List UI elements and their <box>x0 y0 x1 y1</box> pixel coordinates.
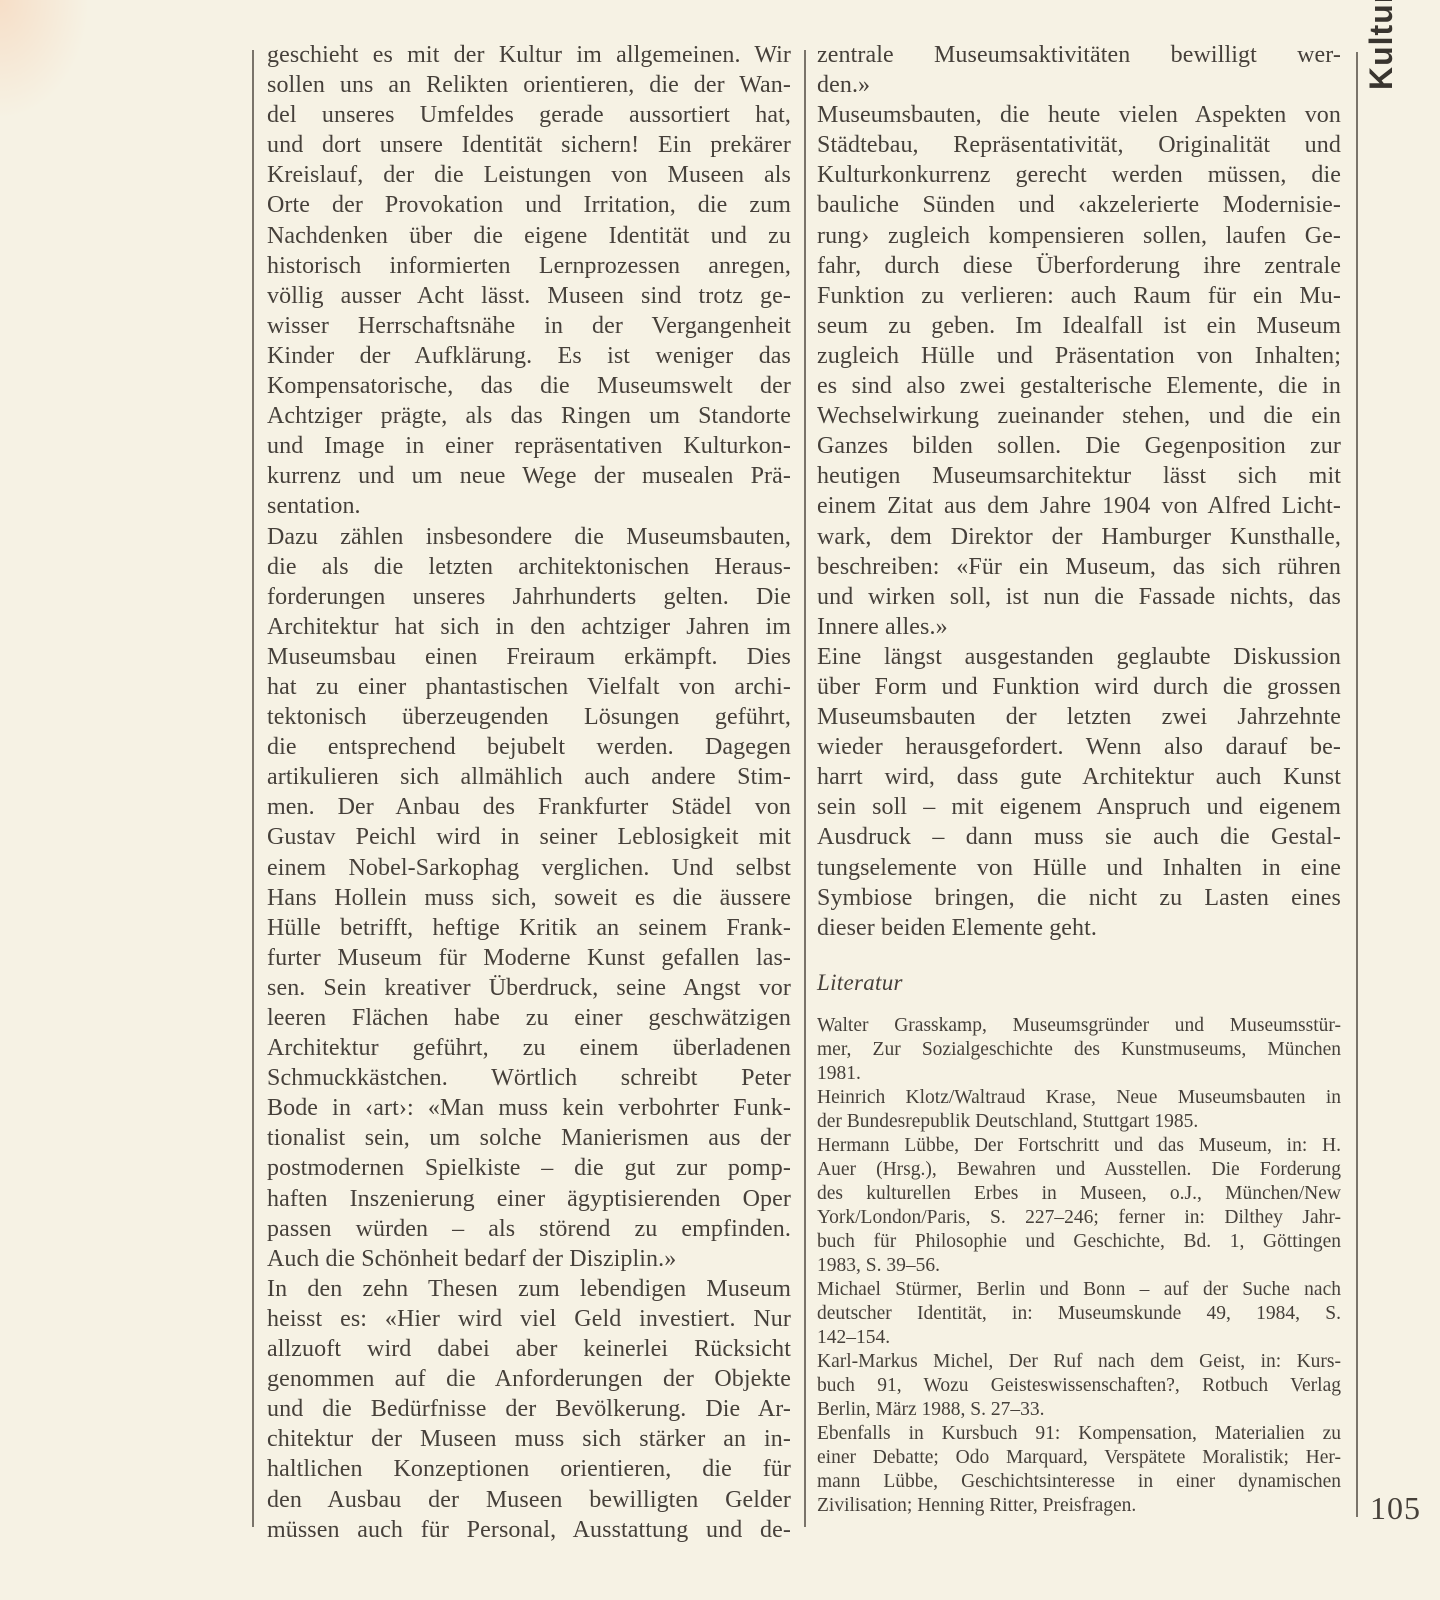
text-line: Orte der Provokation und Irritation, die… <box>267 190 791 220</box>
text-line: haltlichen Konzeptionen orientieren, die… <box>267 1454 791 1484</box>
text-line: beschreiben: «Für ein Museum, das sich r… <box>817 552 1341 582</box>
page-corner-shading <box>0 0 90 120</box>
text-line: Kreislauf, der die Leistungen von Museen… <box>267 160 791 190</box>
text-line: und dort unsere Identität sichern! Ein p… <box>267 130 791 160</box>
text-line: chitektur der Museen muss sich stärker a… <box>267 1424 791 1454</box>
text-line: Auch die Schönheit bedarf der Disziplin.… <box>267 1244 791 1274</box>
text-line: Symbiose bringen, die nicht zu Lasten ei… <box>817 883 1341 913</box>
text-line: 142–154. <box>817 1326 1341 1350</box>
text-line: Heinrich Klotz/Waltraud Krase, Neue Muse… <box>817 1086 1341 1110</box>
bibliography-list: Walter Grasskamp, Museumsgründer und Mus… <box>817 1014 1341 1518</box>
text-line: Auer (Hrsg.), Bewahren und Ausstellen. D… <box>817 1158 1341 1182</box>
text-line: Ebenfalls in Kursbuch 91: Kompensation, … <box>817 1422 1341 1446</box>
text-line: es sind also zwei gestalterische Element… <box>817 371 1341 401</box>
text-line: Wechselwirkung zueinander stehen, und di… <box>817 401 1341 431</box>
paragraph: geschieht es mit der Kultur im allgemein… <box>267 40 791 522</box>
text-line: zentrale Museumsaktivitäten bewilligt we… <box>817 40 1341 70</box>
paragraph: Karl-Markus Michel, Der Ruf nach dem Gei… <box>817 1350 1341 1422</box>
text-line: den Ausbau der Museen bewilligten Gelder <box>267 1485 791 1515</box>
text-line: genommen auf die Anforderungen der Objek… <box>267 1364 791 1394</box>
paragraph: Eine längst ausgestanden geglaubte Disku… <box>817 642 1341 943</box>
text-line: sentation. <box>267 491 791 521</box>
text-line: Schmuckkästchen. Wörtlich schreibt Peter <box>267 1063 791 1093</box>
text-line: buch 91, Wozu Geisteswissenschaften?, Ro… <box>817 1374 1341 1398</box>
text-line: tektonisch überzeugenden Lösungen geführ… <box>267 702 791 732</box>
text-line: mer, Zur Sozialgeschichte des Kunstmuseu… <box>817 1038 1341 1062</box>
text-line: Zivilisation; Henning Ritter, Preisfrage… <box>817 1494 1341 1518</box>
text-line: geschieht es mit der Kultur im allgemein… <box>267 40 791 70</box>
text-line: Michael Stürmer, Berlin und Bonn – auf d… <box>817 1278 1341 1302</box>
column-divider-rule <box>804 50 806 1527</box>
page-number: 105 <box>1370 1490 1421 1527</box>
text-line: und Image in einer repräsentativen Kultu… <box>267 431 791 461</box>
text-line: Ganzes bilden sollen. Die Gegenposition … <box>817 431 1341 461</box>
text-line: In den zehn Thesen zum lebendigen Museum <box>267 1274 791 1304</box>
text-line: sein soll – mit eigenem Anspruch und eig… <box>817 792 1341 822</box>
text-line: einem Nobel-Sarkophag verglichen. Und se… <box>267 853 791 883</box>
paragraph: Michael Stürmer, Berlin und Bonn – auf d… <box>817 1278 1341 1350</box>
text-line: dieser beiden Elemente geht. <box>817 913 1341 943</box>
text-line: passen würden – als störend zu empfinden… <box>267 1214 791 1244</box>
text-line: wieder herausgefordert. Wenn also darauf… <box>817 732 1341 762</box>
text-line: allzuoft wird dabei aber keinerlei Rücks… <box>267 1334 791 1364</box>
text-line: rung› zugleich kompensieren sollen, lauf… <box>817 221 1341 251</box>
rubric-label: Kultur <box>1362 48 1400 90</box>
text-line: Museumsbau einen Freiraum erkämpft. Dies <box>267 642 791 672</box>
text-line: Architektur hat sich in den achtziger Ja… <box>267 612 791 642</box>
text-line: del unseres Umfeldes gerade aussortiert … <box>267 100 791 130</box>
paragraph: Ebenfalls in Kursbuch 91: Kompensation, … <box>817 1422 1341 1518</box>
text-line: York/London/Paris, S. 227–246; ferner in… <box>817 1206 1341 1230</box>
paragraph: Heinrich Klotz/Waltraud Krase, Neue Muse… <box>817 1086 1341 1134</box>
left-column-rule <box>252 50 254 1527</box>
text-line: deutscher Identität, in: Museumskunde 49… <box>817 1302 1341 1326</box>
text-line: Kompensatorische, das die Museumswelt de… <box>267 371 791 401</box>
text-line: den.» <box>817 70 1341 100</box>
text-line: die als die letzten architektonischen He… <box>267 552 791 582</box>
text-line: Kulturkonkurrenz gerecht werden müssen, … <box>817 160 1341 190</box>
text-line: mann Lübbe, Geschichtsinteresse in einer… <box>817 1470 1341 1494</box>
text-line: einer Debatte; Odo Marquard, Verspätete … <box>817 1446 1341 1470</box>
text-line: furter Museum für Moderne Kunst gefallen… <box>267 943 791 973</box>
text-line: artikulieren sich allmählich auch andere… <box>267 762 791 792</box>
text-line: Berlin, März 1988, S. 27–33. <box>817 1398 1341 1422</box>
text-line: Museumsbauten der letzten zwei Jahrzehnt… <box>817 702 1341 732</box>
text-line: Architektur geführt, zu einem überladene… <box>267 1033 791 1063</box>
text-line: hat zu einer phantastischen Vielfalt von… <box>267 672 791 702</box>
text-line: wark, dem Direktor der Hamburger Kunstha… <box>817 522 1341 552</box>
paragraph: Hermann Lübbe, Der Fortschritt und das M… <box>817 1134 1341 1278</box>
text-line: tionalist sein, um solche Manierismen au… <box>267 1123 791 1153</box>
paragraph: zentrale Museumsaktivitäten bewilligt we… <box>817 40 1341 100</box>
text-line: men. Der Anbau des Frankfurter Städel vo… <box>267 792 791 822</box>
text-line: Hülle betrifft, heftige Kritik an seinem… <box>267 913 791 943</box>
text-line: heutigen Museumsarchitektur lässt sich m… <box>817 461 1341 491</box>
text-line: 1983, S. 39–56. <box>817 1254 1341 1278</box>
text-line: Karl-Markus Michel, Der Ruf nach dem Gei… <box>817 1350 1341 1374</box>
text-line: fahr, durch diese Überforderung ihre zen… <box>817 251 1341 281</box>
text-line: müssen auch für Personal, Ausstattung un… <box>267 1515 791 1545</box>
text-line: kurrenz und um neue Wege der musealen Pr… <box>267 461 791 491</box>
text-line: Hans Hollein muss sich, soweit es die äu… <box>267 883 791 913</box>
text-line: tungselemente von Hülle und Inhalten in … <box>817 853 1341 883</box>
margin-rule <box>1356 52 1358 1517</box>
text-line: heisst es: «Hier wird viel Geld investie… <box>267 1304 791 1334</box>
text-line: Gustav Peichl wird in seiner Leblosigkei… <box>267 822 791 852</box>
text-line: Bode in ‹art›: «Man muss kein verbohrter… <box>267 1093 791 1123</box>
text-line: bauliche Sünden und ‹akzelerierte Modern… <box>817 190 1341 220</box>
text-line: Hermann Lübbe, Der Fortschritt und das M… <box>817 1134 1341 1158</box>
paragraph: Museumsbauten, die heute vielen Aspekten… <box>817 100 1341 642</box>
text-line: Kinder der Aufklärung. Es ist weniger da… <box>267 341 791 371</box>
section-rubric-tab: Kultur <box>1362 48 1404 168</box>
magazine-page: geschieht es mit der Kultur im allgemein… <box>0 0 1440 1600</box>
text-line: 1981. <box>817 1062 1341 1086</box>
text-line: Ausdruck – dann muss sie auch die Gestal… <box>817 822 1341 852</box>
paragraph: Dazu zählen insbesondere die Museumsbaut… <box>267 522 791 1274</box>
literatur-heading: Literatur <box>817 970 903 996</box>
text-line: Museumsbauten, die heute vielen Aspekten… <box>817 100 1341 130</box>
text-line: Nachdenken über die eigene Identität und… <box>267 221 791 251</box>
text-line: sen. Sein kreativer Überdruck, seine Ang… <box>267 973 791 1003</box>
text-line: postmodernen Spielkiste – die gut zur po… <box>267 1153 791 1183</box>
text-line: sollen uns an Relikten orientieren, die … <box>267 70 791 100</box>
text-line: Funktion zu verlieren: auch Raum für ein… <box>817 281 1341 311</box>
paragraph: Walter Grasskamp, Museumsgründer und Mus… <box>817 1014 1341 1086</box>
text-line: haften Inszenierung einer ägyptisierende… <box>267 1184 791 1214</box>
text-line: des kulturellen Erbes in Museen, o.J., M… <box>817 1182 1341 1206</box>
text-line: Innere alles.» <box>817 612 1341 642</box>
text-line: buch für Philosophie und Geschichte, Bd.… <box>817 1230 1341 1254</box>
text-line: Achtziger prägte, als das Ringen um Stan… <box>267 401 791 431</box>
text-line: der Bundesrepublik Deutschland, Stuttgar… <box>817 1110 1341 1134</box>
text-line: forderungen unseres Jahrhunderts gelten.… <box>267 582 791 612</box>
text-line: völlig ausser Acht lässt. Museen sind tr… <box>267 281 791 311</box>
text-line: und die Bedürfnisse der Bevölkerung. Die… <box>267 1394 791 1424</box>
text-line: Walter Grasskamp, Museumsgründer und Mus… <box>817 1014 1341 1038</box>
text-line: zugleich Hülle und Präsentation von Inha… <box>817 341 1341 371</box>
text-line: einem Zitat aus dem Jahre 1904 von Alfre… <box>817 491 1341 521</box>
left-text-column: geschieht es mit der Kultur im allgemein… <box>267 40 791 1545</box>
text-line: und wirken soll, ist nun die Fassade nic… <box>817 582 1341 612</box>
text-line: seum zu geben. Im Idealfall ist ein Muse… <box>817 311 1341 341</box>
text-line: die entsprechend bejubelt werden. Dagege… <box>267 732 791 762</box>
paragraph: In den zehn Thesen zum lebendigen Museum… <box>267 1274 791 1545</box>
text-line: harrt wird, dass gute Architektur auch K… <box>817 762 1341 792</box>
text-line: Eine längst ausgestanden geglaubte Disku… <box>817 642 1341 672</box>
text-line: über Form und Funktion wird durch die gr… <box>817 672 1341 702</box>
text-line: historisch informierten Lernprozessen an… <box>267 251 791 281</box>
text-line: Städtebau, Repräsentativität, Originalit… <box>817 130 1341 160</box>
right-text-column: zentrale Museumsaktivitäten bewilligt we… <box>817 40 1341 943</box>
text-line: Dazu zählen insbesondere die Museumsbaut… <box>267 522 791 552</box>
text-line: wisser Herrschaftsnähe in der Vergangenh… <box>267 311 791 341</box>
text-line: leeren Flächen habe zu einer geschwätzig… <box>267 1003 791 1033</box>
